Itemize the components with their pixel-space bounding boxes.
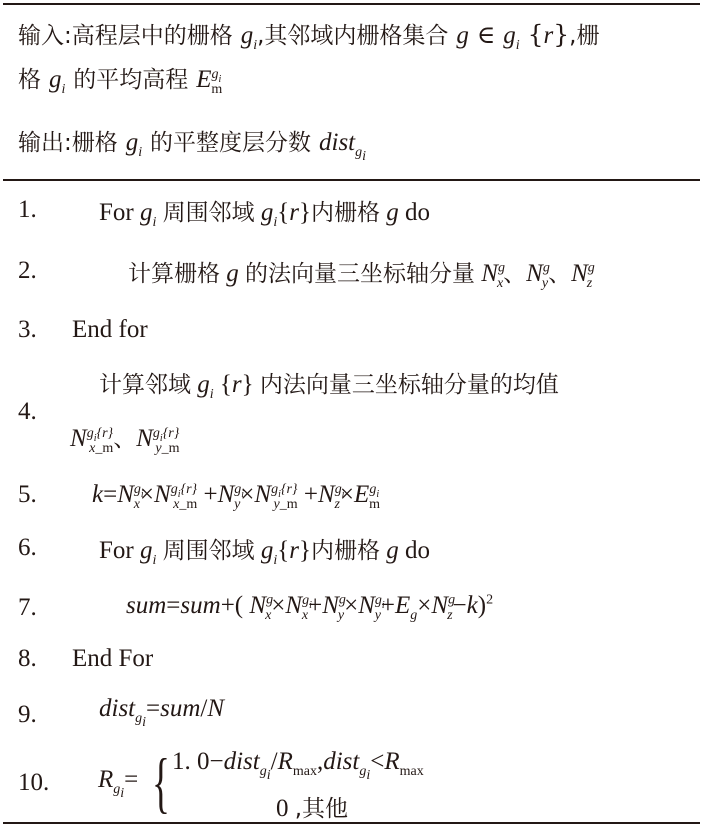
var-gi: gi [241,22,257,49]
piecewise-brace: { [152,748,170,816]
top-rule [3,3,700,5]
input-line-2: 格 gi 的平均高程 Egim [18,64,222,95]
output-line: 输出:栅格 gi 的平整度层分数 distgi [18,127,366,158]
input-label: 输入: [18,23,72,49]
header-rule [3,179,700,181]
input-line-1: 输入:高程层中的栅格 gi,其邻域内栅格集合 g ∈ gi {r},栅 [18,20,599,51]
bottom-rule [3,822,700,824]
output-label: 输出: [18,130,72,156]
var-em: Egim [196,66,222,93]
